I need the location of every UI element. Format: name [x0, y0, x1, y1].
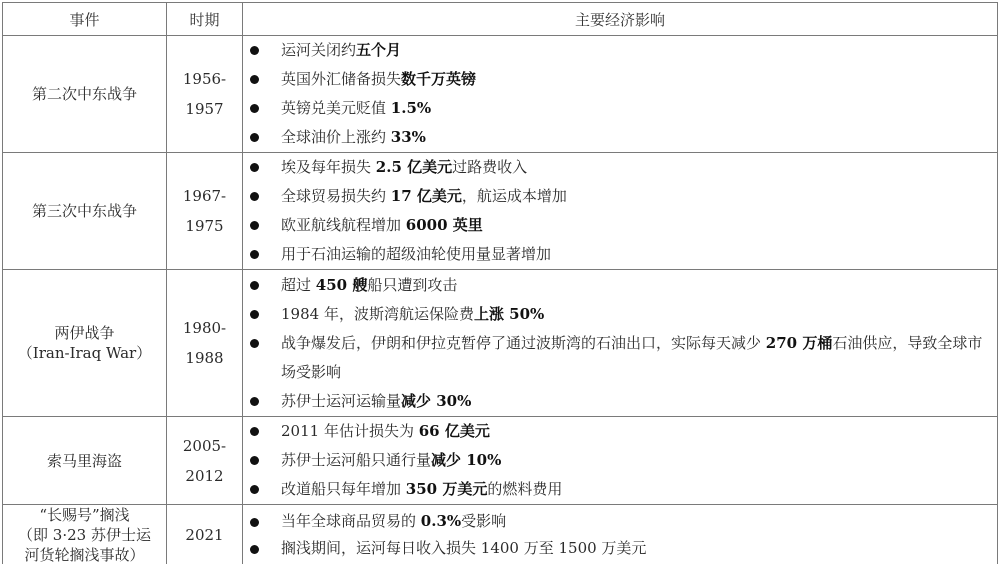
period-text: 2012 — [167, 461, 242, 491]
table-row: 第二次中东战争 1956-1957 运河关闭约五个月英国外汇储备损失数千万英镑英… — [3, 36, 998, 153]
impact-item: 战争爆发后，伊朗和伊拉克暂停了通过波斯湾的石油出口，实际每天减少 270 万桶石… — [243, 329, 997, 387]
impact-highlight: 1.5% — [391, 99, 431, 117]
impact-text: 过路费收入 — [452, 158, 527, 176]
header-period: 时期 — [167, 3, 243, 36]
table-body: 第二次中东战争 1956-1957 运河关闭约五个月英国外汇储备损失数千万英镑英… — [3, 36, 998, 564]
bullet-icon — [250, 46, 259, 55]
period-text: 1957 — [167, 94, 242, 124]
impact-highlight: 减少 10% — [431, 451, 501, 469]
period-cell: 1967-1975 — [167, 153, 243, 270]
period-cell: 2005-2012 — [167, 417, 243, 505]
impact-highlight: 数千万英镑 — [401, 70, 476, 88]
event-cell: 索马里海盗 — [3, 417, 167, 505]
impact-highlight: 上涨 50% — [474, 305, 544, 323]
bullet-icon — [250, 545, 259, 554]
impact-item: 当年全球商品贸易的 0.3%受影响 — [243, 508, 997, 535]
event-cell: 第三次中东战争 — [3, 153, 167, 270]
period-text: 1988 — [167, 343, 242, 373]
impact-text: 运河关闭约 — [281, 41, 356, 59]
bullet-icon — [250, 281, 259, 290]
header-impact: 主要经济影响 — [243, 3, 998, 36]
impact-item: 超过 450 艘船只遭到攻击 — [243, 271, 997, 300]
impact-text: 苏伊士运河船只通行量 — [281, 451, 431, 469]
bullet-icon — [250, 310, 259, 319]
impact-cell: 2011 年估计损失为 66 亿美元苏伊士运河船只通行量减少 10%改道船只每年… — [243, 417, 998, 505]
impact-text: 英国外汇储备损失 — [281, 70, 401, 88]
impact-item: 全球贸易损失约 17 亿美元，航运成本增加 — [243, 182, 997, 211]
impact-highlight: 17 亿美元 — [391, 187, 462, 205]
impact-item: 欧亚航线航程增加 6000 英里 — [243, 211, 997, 240]
table-row: “长赐号”搁浅（即 3·23 苏伊士运河货轮搁浅事故） 2021 当年全球商品贸… — [3, 505, 998, 564]
bullet-icon — [250, 485, 259, 494]
impact-highlight: 66 亿美元 — [419, 422, 490, 440]
bullet-icon — [250, 104, 259, 113]
impact-item: 改道船只每年增加 350 万美元的燃料费用 — [243, 475, 997, 504]
impact-item: 埃及每年损失 2.5 亿美元过路费收入 — [243, 153, 997, 182]
event-name: 第三次中东战争 — [3, 201, 166, 221]
impact-item: 全球油价上涨约 33% — [243, 123, 997, 152]
impact-highlight: 450 艘 — [316, 276, 368, 294]
impact-text: 2011 年估计损失为 — [281, 422, 419, 440]
table-row: 两伊战争（Iran-Iraq War） 1980-1988 超过 450 艘船只… — [3, 270, 998, 417]
bullet-icon — [250, 456, 259, 465]
impact-list: 当年全球商品贸易的 0.3%受影响搁浅期间，运河每日收入损失 1400 万至 1… — [243, 508, 997, 562]
table-row: 索马里海盗 2005-2012 2011 年估计损失为 66 亿美元苏伊士运河船… — [3, 417, 998, 505]
impact-item: 英国外汇储备损失数千万英镑 — [243, 65, 997, 94]
period-text: 1956- — [167, 64, 242, 94]
impact-list: 运河关闭约五个月英国外汇储备损失数千万英镑英镑兑美元贬值 1.5%全球油价上涨约… — [243, 36, 997, 152]
economic-impact-table: 事件 时期 主要经济影响 第二次中东战争 1956-1957 运河关闭约五个月英… — [2, 2, 998, 564]
event-name: （即 3·23 苏伊士运 — [3, 525, 166, 545]
impact-item: 搁浅期间，运河每日收入损失 1400 万至 1500 万美元 — [243, 535, 997, 562]
period-cell: 1980-1988 — [167, 270, 243, 417]
period-text: 1975 — [167, 211, 242, 241]
bullet-icon — [250, 163, 259, 172]
bullet-icon — [250, 221, 259, 230]
impact-list: 埃及每年损失 2.5 亿美元过路费收入全球贸易损失约 17 亿美元，航运成本增加… — [243, 153, 997, 269]
bullet-icon — [250, 192, 259, 201]
impact-text: 全球贸易损失约 — [281, 187, 391, 205]
period-text: 1967- — [167, 181, 242, 211]
bullet-icon — [250, 397, 259, 406]
event-cell: “长赐号”搁浅（即 3·23 苏伊士运河货轮搁浅事故） — [3, 505, 167, 564]
period-text: 2005- — [167, 431, 242, 461]
impact-text: 船只遭到攻击 — [367, 276, 457, 294]
bullet-icon — [250, 518, 259, 527]
event-name: （Iran-Iraq War） — [3, 343, 166, 363]
impact-item: 苏伊士运河运输量减少 30% — [243, 387, 997, 416]
period-text: 2021 — [167, 520, 242, 550]
period-cell: 1956-1957 — [167, 36, 243, 153]
period-text: 1980- — [167, 313, 242, 343]
impact-highlight: 五个月 — [356, 41, 401, 59]
event-name: 第二次中东战争 — [3, 84, 166, 104]
impact-text: ，航运成本增加 — [462, 187, 567, 205]
impact-text: 用于石油运输的超级油轮使用量显著增加 — [281, 245, 551, 263]
impact-highlight: 350 万美元 — [406, 480, 488, 498]
bullet-icon — [250, 75, 259, 84]
impact-text: 1984 年，波斯湾航运保险费 — [281, 305, 474, 323]
impact-item: 用于石油运输的超级油轮使用量显著增加 — [243, 240, 997, 269]
table-header-row: 事件 时期 主要经济影响 — [3, 3, 998, 36]
impact-text: 全球油价上涨约 — [281, 128, 391, 146]
impact-highlight: 6000 英里 — [406, 216, 483, 234]
header-event: 事件 — [3, 3, 167, 36]
impact-text: 战争爆发后，伊朗和伊拉克暂停了通过波斯湾的石油出口，实际每天减少 — [281, 334, 766, 352]
event-name: 索马里海盗 — [3, 451, 166, 471]
impact-highlight: 270 万桶 — [766, 334, 833, 352]
impact-highlight: 33% — [391, 128, 426, 146]
impact-cell: 超过 450 艘船只遭到攻击1984 年，波斯湾航运保险费上涨 50%战争爆发后… — [243, 270, 998, 417]
impact-highlight: 0.3% — [421, 512, 461, 530]
impact-text: 改道船只每年增加 — [281, 480, 406, 498]
impact-cell: 运河关闭约五个月英国外汇储备损失数千万英镑英镑兑美元贬值 1.5%全球油价上涨约… — [243, 36, 998, 153]
impact-item: 苏伊士运河船只通行量减少 10% — [243, 446, 997, 475]
impact-text: 欧亚航线航程增加 — [281, 216, 406, 234]
impact-highlight: 减少 30% — [401, 392, 471, 410]
impact-item: 1984 年，波斯湾航运保险费上涨 50% — [243, 300, 997, 329]
period-cell: 2021 — [167, 505, 243, 564]
bullet-icon — [250, 133, 259, 142]
impact-item: 运河关闭约五个月 — [243, 36, 997, 65]
bullet-icon — [250, 427, 259, 436]
impact-item: 2011 年估计损失为 66 亿美元 — [243, 417, 997, 446]
impact-text: 搁浅期间，运河每日收入损失 1400 万至 1500 万美元 — [281, 539, 646, 557]
impact-item: 英镑兑美元贬值 1.5% — [243, 94, 997, 123]
event-name: 两伊战争 — [3, 323, 166, 343]
impact-highlight: 2.5 亿美元 — [376, 158, 452, 176]
impact-text: 当年全球商品贸易的 — [281, 512, 421, 530]
event-name: 河货轮搁浅事故） — [3, 545, 166, 564]
impact-text: 受影响 — [461, 512, 506, 530]
event-cell: 两伊战争（Iran-Iraq War） — [3, 270, 167, 417]
impact-list: 超过 450 艘船只遭到攻击1984 年，波斯湾航运保险费上涨 50%战争爆发后… — [243, 271, 997, 416]
impact-text: 埃及每年损失 — [281, 158, 376, 176]
impact-cell: 埃及每年损失 2.5 亿美元过路费收入全球贸易损失约 17 亿美元，航运成本增加… — [243, 153, 998, 270]
impact-list: 2011 年估计损失为 66 亿美元苏伊士运河船只通行量减少 10%改道船只每年… — [243, 417, 997, 504]
bullet-icon — [250, 250, 259, 259]
table-row: 第三次中东战争 1967-1975 埃及每年损失 2.5 亿美元过路费收入全球贸… — [3, 153, 998, 270]
impact-cell: 当年全球商品贸易的 0.3%受影响搁浅期间，运河每日收入损失 1400 万至 1… — [243, 505, 998, 564]
impact-text: 苏伊士运河运输量 — [281, 392, 401, 410]
impact-text: 英镑兑美元贬值 — [281, 99, 391, 117]
impact-text: 的燃料费用 — [487, 480, 562, 498]
bullet-icon — [250, 339, 259, 348]
impact-text: 超过 — [281, 276, 316, 294]
event-name: “长赐号”搁浅 — [3, 505, 166, 525]
event-cell: 第二次中东战争 — [3, 36, 167, 153]
